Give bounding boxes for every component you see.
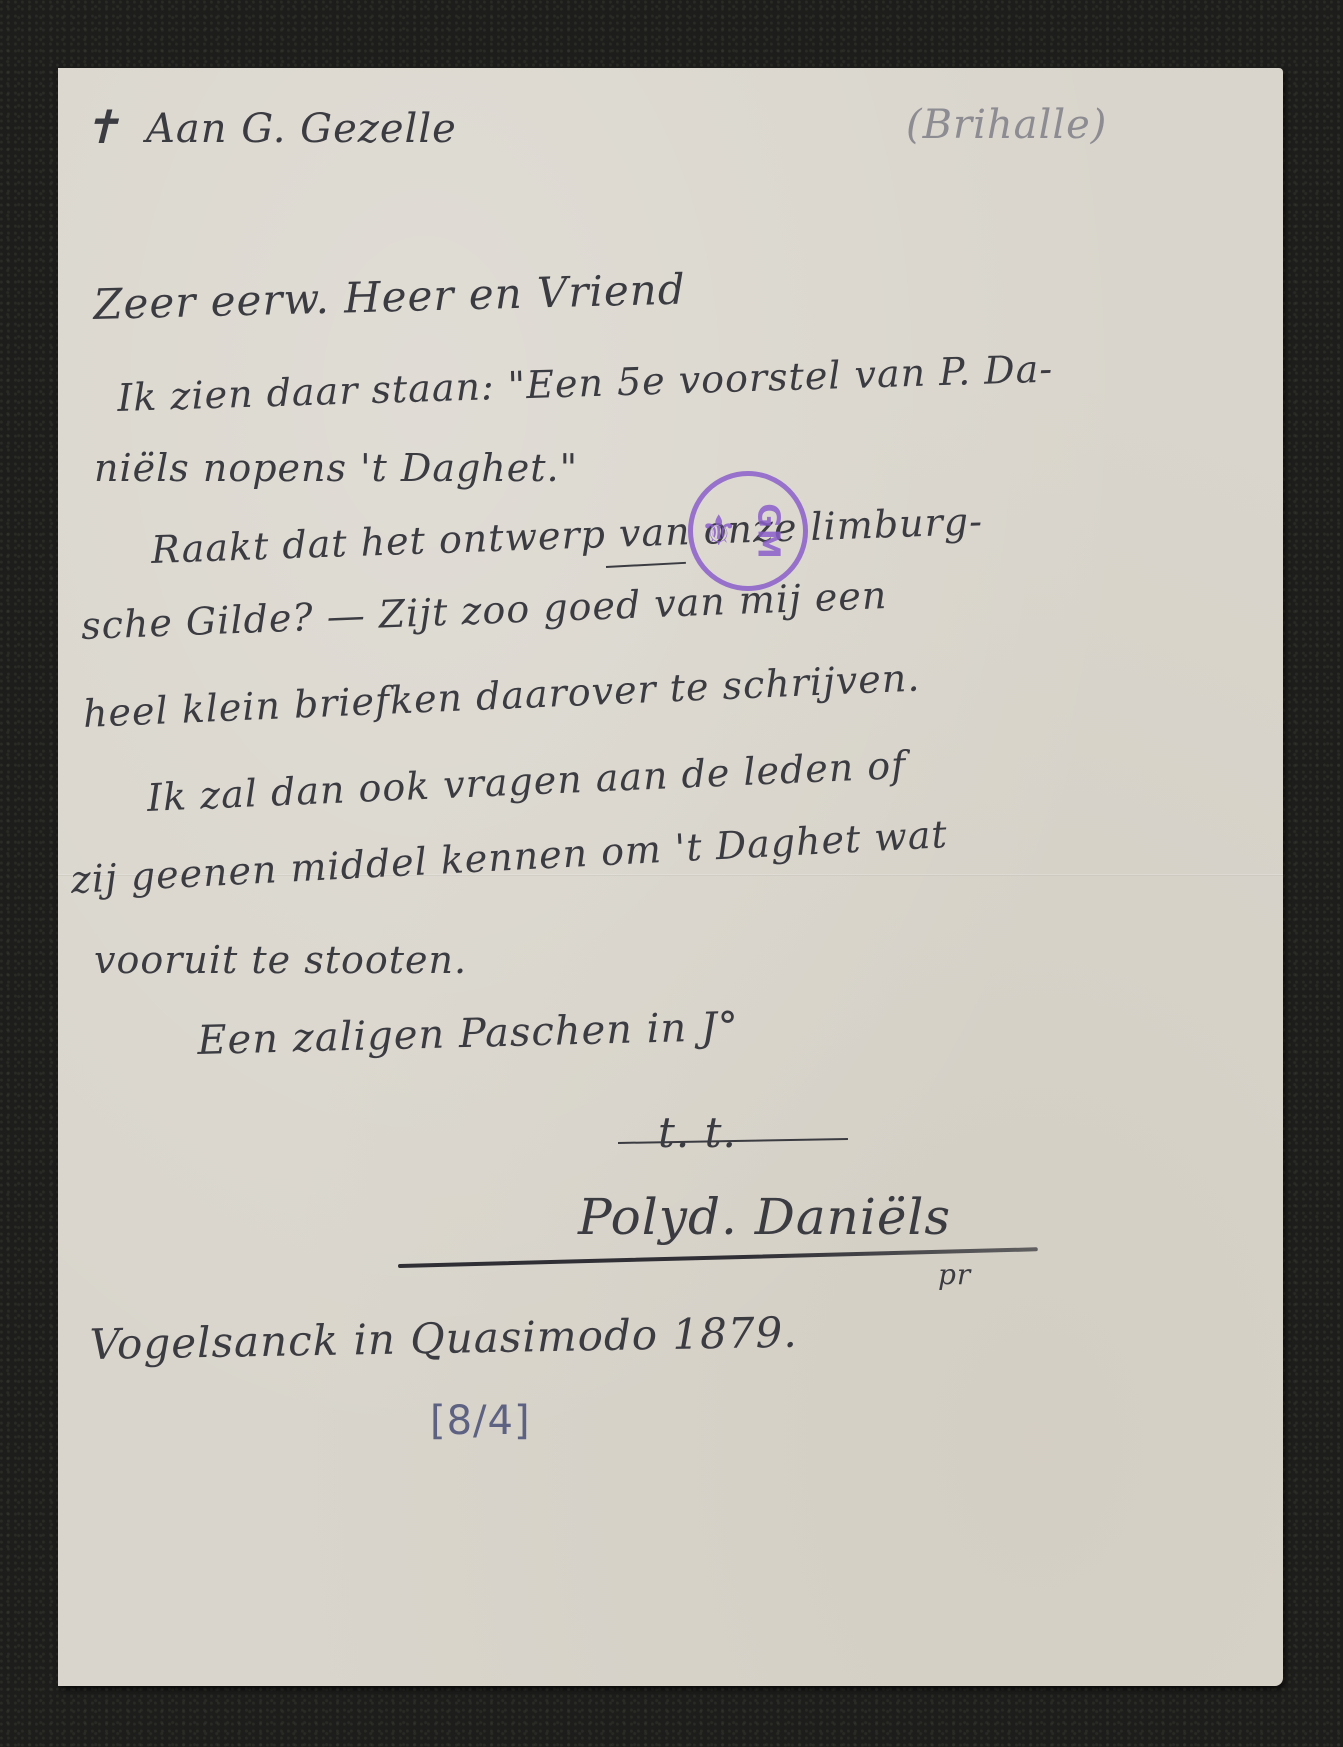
body-line-2: niëls nopens 't Daghet." bbox=[94, 446, 578, 490]
date-annotation: [8/4] bbox=[430, 1398, 531, 1444]
salutation: Zeer eerw. Heer en Vriend bbox=[93, 265, 687, 329]
place-date: Vogelsanck in Quasimodo 1879. bbox=[89, 1308, 798, 1369]
closing-initials: t. t. bbox=[658, 1108, 737, 1157]
body-line-3: Raakt dat het ontwerp van onze limburg- bbox=[150, 499, 983, 572]
strikethrough-van bbox=[606, 562, 686, 568]
letter-paper: ✝ Aan G. Gezelle (Brihalle) Zeer eerw. H… bbox=[58, 68, 1283, 1686]
body-line-8: vooruit te stooten. bbox=[94, 938, 467, 982]
signature-suffix: pr bbox=[938, 1258, 971, 1291]
fleur-de-lis-icon: ⚜ bbox=[700, 510, 738, 552]
body-line-6: Ik zal dan ook vragen aan de leden of bbox=[146, 743, 907, 820]
archive-stamp: ⚜ GM bbox=[688, 471, 808, 591]
body-line-1: Ik zien daar staan: "Een 5e voorstel van… bbox=[117, 347, 1054, 420]
addressee: Aan G. Gezelle bbox=[146, 106, 457, 152]
body-line-9: Een zaligen Paschen in J° bbox=[197, 1004, 740, 1064]
body-line-5: heel klein briefken daarover te schrijve… bbox=[82, 655, 921, 736]
stamp-text: GM bbox=[750, 503, 785, 559]
cross-mark: ✝ bbox=[82, 100, 122, 154]
archive-note: (Brihalle) bbox=[906, 102, 1107, 148]
body-line-7: zij geenen middel kennen om 't Daghet wa… bbox=[70, 812, 949, 902]
signature: Polyd. Daniëls bbox=[578, 1188, 951, 1246]
